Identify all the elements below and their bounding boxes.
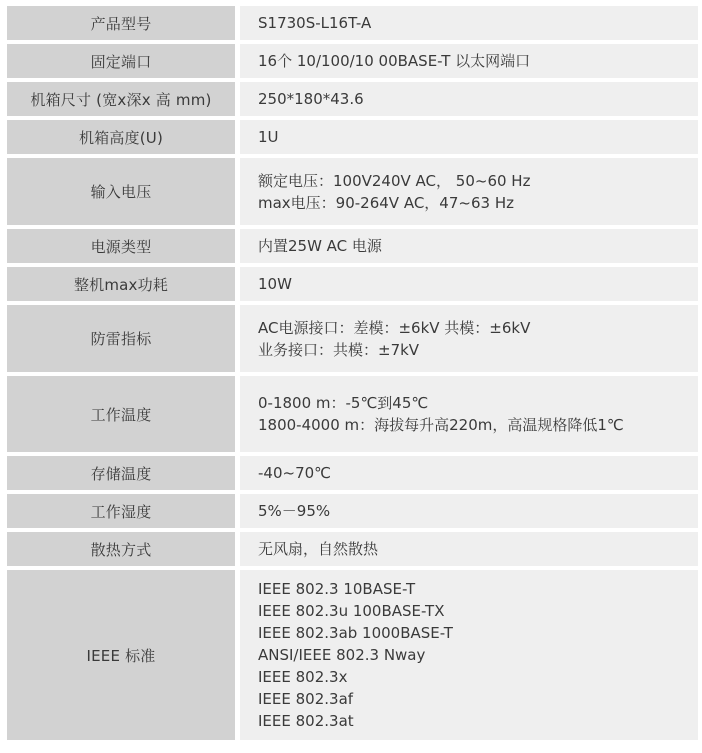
table-row-max-power: 整机max功耗 10W [7,267,698,301]
spec-value-line: AC电源接口：差模：±6kV 共模：±6kV [258,317,688,339]
spec-value-line: IEEE 802.3af [258,688,688,710]
table-row-power-type: 电源类型 内置25W AC 电源 [7,229,698,263]
spec-value-line: IEEE 802.3x [258,666,688,688]
spec-label: 电源类型 [7,229,235,263]
spec-label: 输入电压 [7,158,235,225]
spec-label: 整机max功耗 [7,267,235,301]
spec-value: 250*180*43.6 [240,82,698,116]
spec-value-line: 16个 10/100/10 00BASE-T 以太网端口 [258,50,688,72]
spec-value: S1730S-L16T-A [240,6,698,40]
spec-value-line: IEEE 802.3u 100BASE-TX [258,600,688,622]
table-row-fixed-ports: 固定端口 16个 10/100/10 00BASE-T 以太网端口 [7,44,698,78]
spec-label: 固定端口 [7,44,235,78]
table-row-product-model: 产品型号 S1730S-L16T-A [7,6,698,40]
spec-value-line: max电压：90-264V AC，47~63 Hz [258,192,688,214]
spec-value-line: 内置25W AC 电源 [258,235,688,257]
spec-value-line: IEEE 802.3at [258,710,688,732]
spec-value-line: 10W [258,273,688,295]
spec-value: -40~70℃ [240,456,698,490]
spec-label: 产品型号 [7,6,235,40]
spec-label: 存储温度 [7,456,235,490]
spec-value-line: 0-1800 m：-5℃到45℃ [258,392,688,414]
spec-value: 0-1800 m：-5℃到45℃ 1800-4000 m：海拔每升高220m，高… [240,376,698,452]
spec-value-line: 业务接口：共模：±7kV [258,339,688,361]
spec-value-line: 无风扇，自然散热 [258,538,688,560]
product-spec-table: 产品型号 S1730S-L16T-A 固定端口 16个 10/100/10 00… [0,0,702,747]
spec-value: 5%－95% [240,494,698,528]
spec-value: 10W [240,267,698,301]
spec-value: AC电源接口：差模：±6kV 共模：±6kV 业务接口：共模：±7kV [240,305,698,372]
spec-value: IEEE 802.3 10BASE-T IEEE 802.3u 100BASE-… [240,570,698,740]
spec-value-line: -40~70℃ [258,462,688,484]
spec-label: IEEE 标准 [7,570,235,740]
spec-value: 1U [240,120,698,154]
spec-label: 工作温度 [7,376,235,452]
table-row-storage-temperature: 存储温度 -40~70℃ [7,456,698,490]
spec-value: 内置25W AC 电源 [240,229,698,263]
spec-value-line: S1730S-L16T-A [258,12,688,34]
spec-value: 16个 10/100/10 00BASE-T 以太网端口 [240,44,698,78]
table-row-chassis-dimensions: 机箱尺寸 (宽x深x 高 mm) 250*180*43.6 [7,82,698,116]
spec-label: 机箱高度(U) [7,120,235,154]
spec-label: 防雷指标 [7,305,235,372]
spec-value-line: 5%－95% [258,500,688,522]
spec-value-line: ANSI/IEEE 802.3 Nway [258,644,688,666]
table-row-chassis-height: 机箱高度(U) 1U [7,120,698,154]
spec-value-line: 1U [258,126,688,148]
spec-value: 无风扇，自然散热 [240,532,698,566]
spec-value-line: IEEE 802.3ab 1000BASE-T [258,622,688,644]
spec-value-line: 1800-4000 m：海拔每升高220m，高温规格降低1℃ [258,414,688,436]
spec-label: 散热方式 [7,532,235,566]
table-row-cooling-method: 散热方式 无风扇，自然散热 [7,532,698,566]
table-row-ieee-standards: IEEE 标准 IEEE 802.3 10BASE-T IEEE 802.3u … [7,570,698,740]
spec-value-line: 额定电压：100V240V AC， 50~60 Hz [258,170,688,192]
table-row-operating-humidity: 工作湿度 5%－95% [7,494,698,528]
spec-value-line: IEEE 802.3 10BASE-T [258,578,688,600]
table-row-input-voltage: 输入电压 额定电压：100V240V AC， 50~60 Hz max电压：90… [7,158,698,225]
spec-label: 工作湿度 [7,494,235,528]
spec-label: 机箱尺寸 (宽x深x 高 mm) [7,82,235,116]
table-row-operating-temperature: 工作温度 0-1800 m：-5℃到45℃ 1800-4000 m：海拔每升高2… [7,376,698,452]
spec-value: 额定电压：100V240V AC， 50~60 Hz max电压：90-264V… [240,158,698,225]
table-row-lightning-protection: 防雷指标 AC电源接口：差模：±6kV 共模：±6kV 业务接口：共模：±7kV [7,305,698,372]
spec-value-line: 250*180*43.6 [258,88,688,110]
